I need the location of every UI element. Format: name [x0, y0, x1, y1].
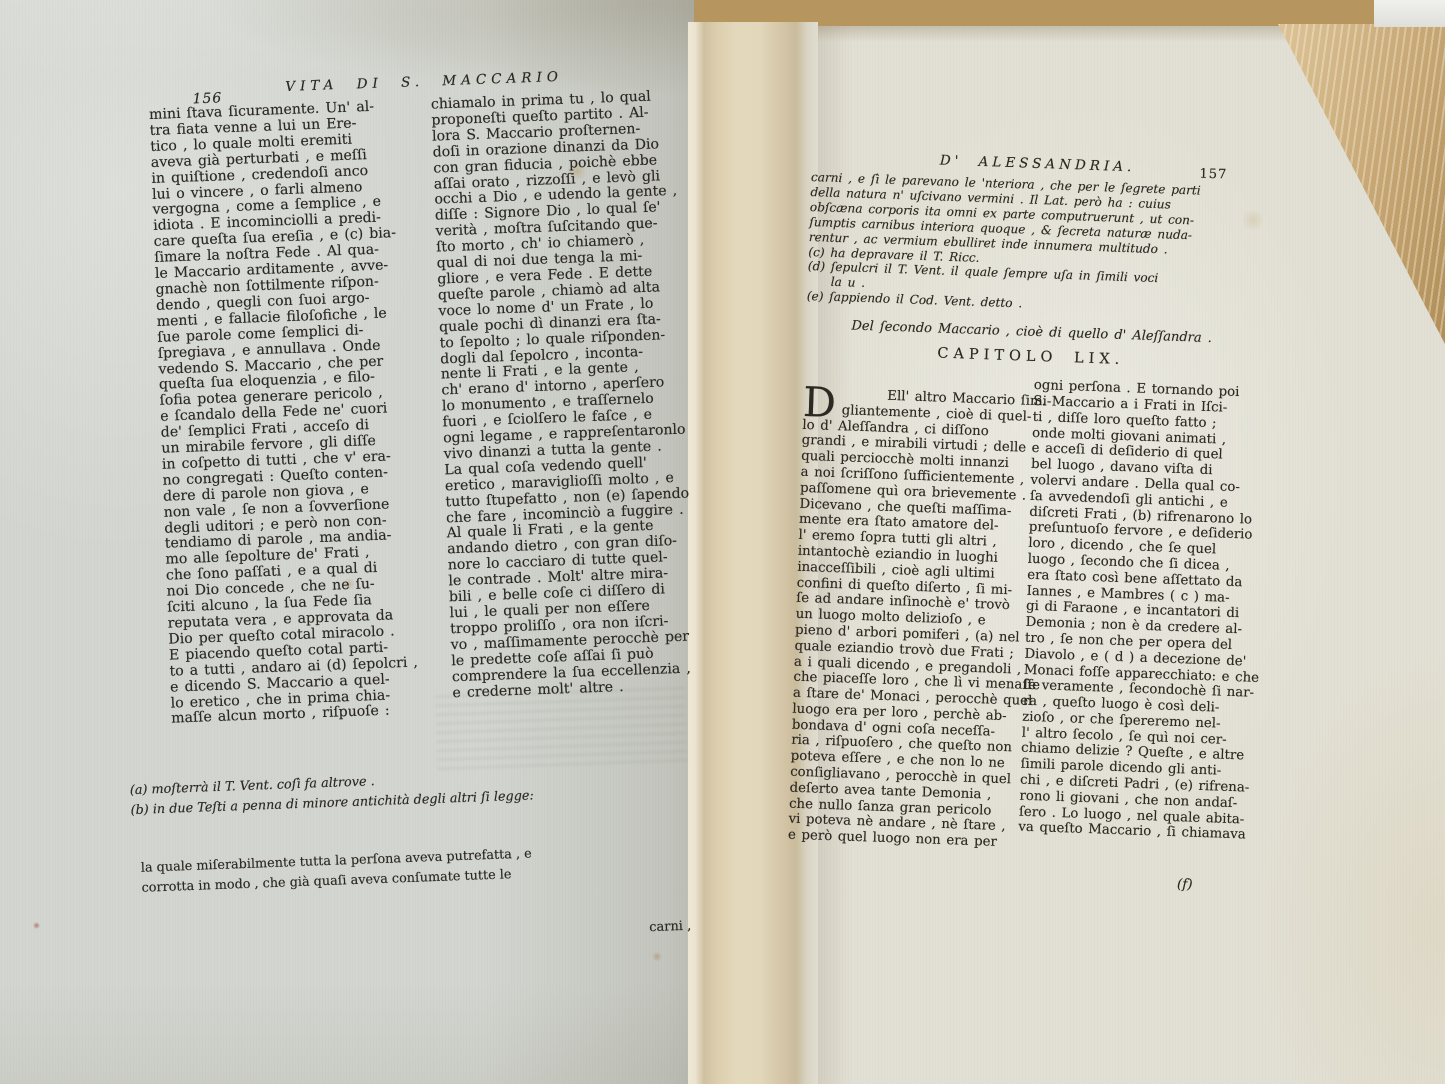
chapter-heading: CAPITOLO LIX.	[805, 341, 1257, 373]
catchword-left: carni ,	[135, 915, 735, 956]
column-text: Ell' altro Maccario ſimi- gliantemente ,…	[788, 389, 1052, 850]
drop-cap: D	[803, 386, 843, 418]
left-page-text: 156 VITA DI S. MACCARIO mini ſtava ſicur…	[148, 64, 733, 994]
paper-scrap	[1374, 0, 1445, 27]
right-page-columns: DEll' altro Maccario ſimi- gliantemente …	[787, 370, 1256, 875]
text-column-1: DEll' altro Maccario ſimi- gliantemente …	[787, 370, 1026, 867]
page-number-left: 156	[192, 90, 222, 107]
right-page-text: D' ALESSANDRIA. 157 carni , e ſì le pare…	[786, 148, 1263, 894]
footnote-continuation-block: carni , e ſì le parevano le 'nteriora , …	[807, 170, 1263, 320]
text-column-1: mini ſtava ſicuramente. Un' al- tra fiat…	[149, 98, 442, 728]
footnote-block: (a) moſterrà il T. Vent. coſì fa altrove…	[128, 721, 737, 996]
left-page-columns: mini ſtava ſicuramente. Un' al- tra fiat…	[149, 88, 723, 728]
footnote-lines-roman: la quale miſerabilmente tutta la perſona…	[132, 837, 733, 898]
book-photo: 156 VITA DI S. MACCARIO mini ſtava ſicur…	[0, 0, 1445, 1084]
text-column-2: ogni perſona . E tornando poi S. Maccari…	[1017, 378, 1256, 875]
text-column-2: chiamalo in prima tu , lo qual proponeſt…	[431, 88, 724, 718]
footnote-lines-italic: (a) moſterrà il T. Vent. coſì fa altrove…	[130, 760, 731, 821]
page-number-right: 157	[1199, 167, 1227, 183]
